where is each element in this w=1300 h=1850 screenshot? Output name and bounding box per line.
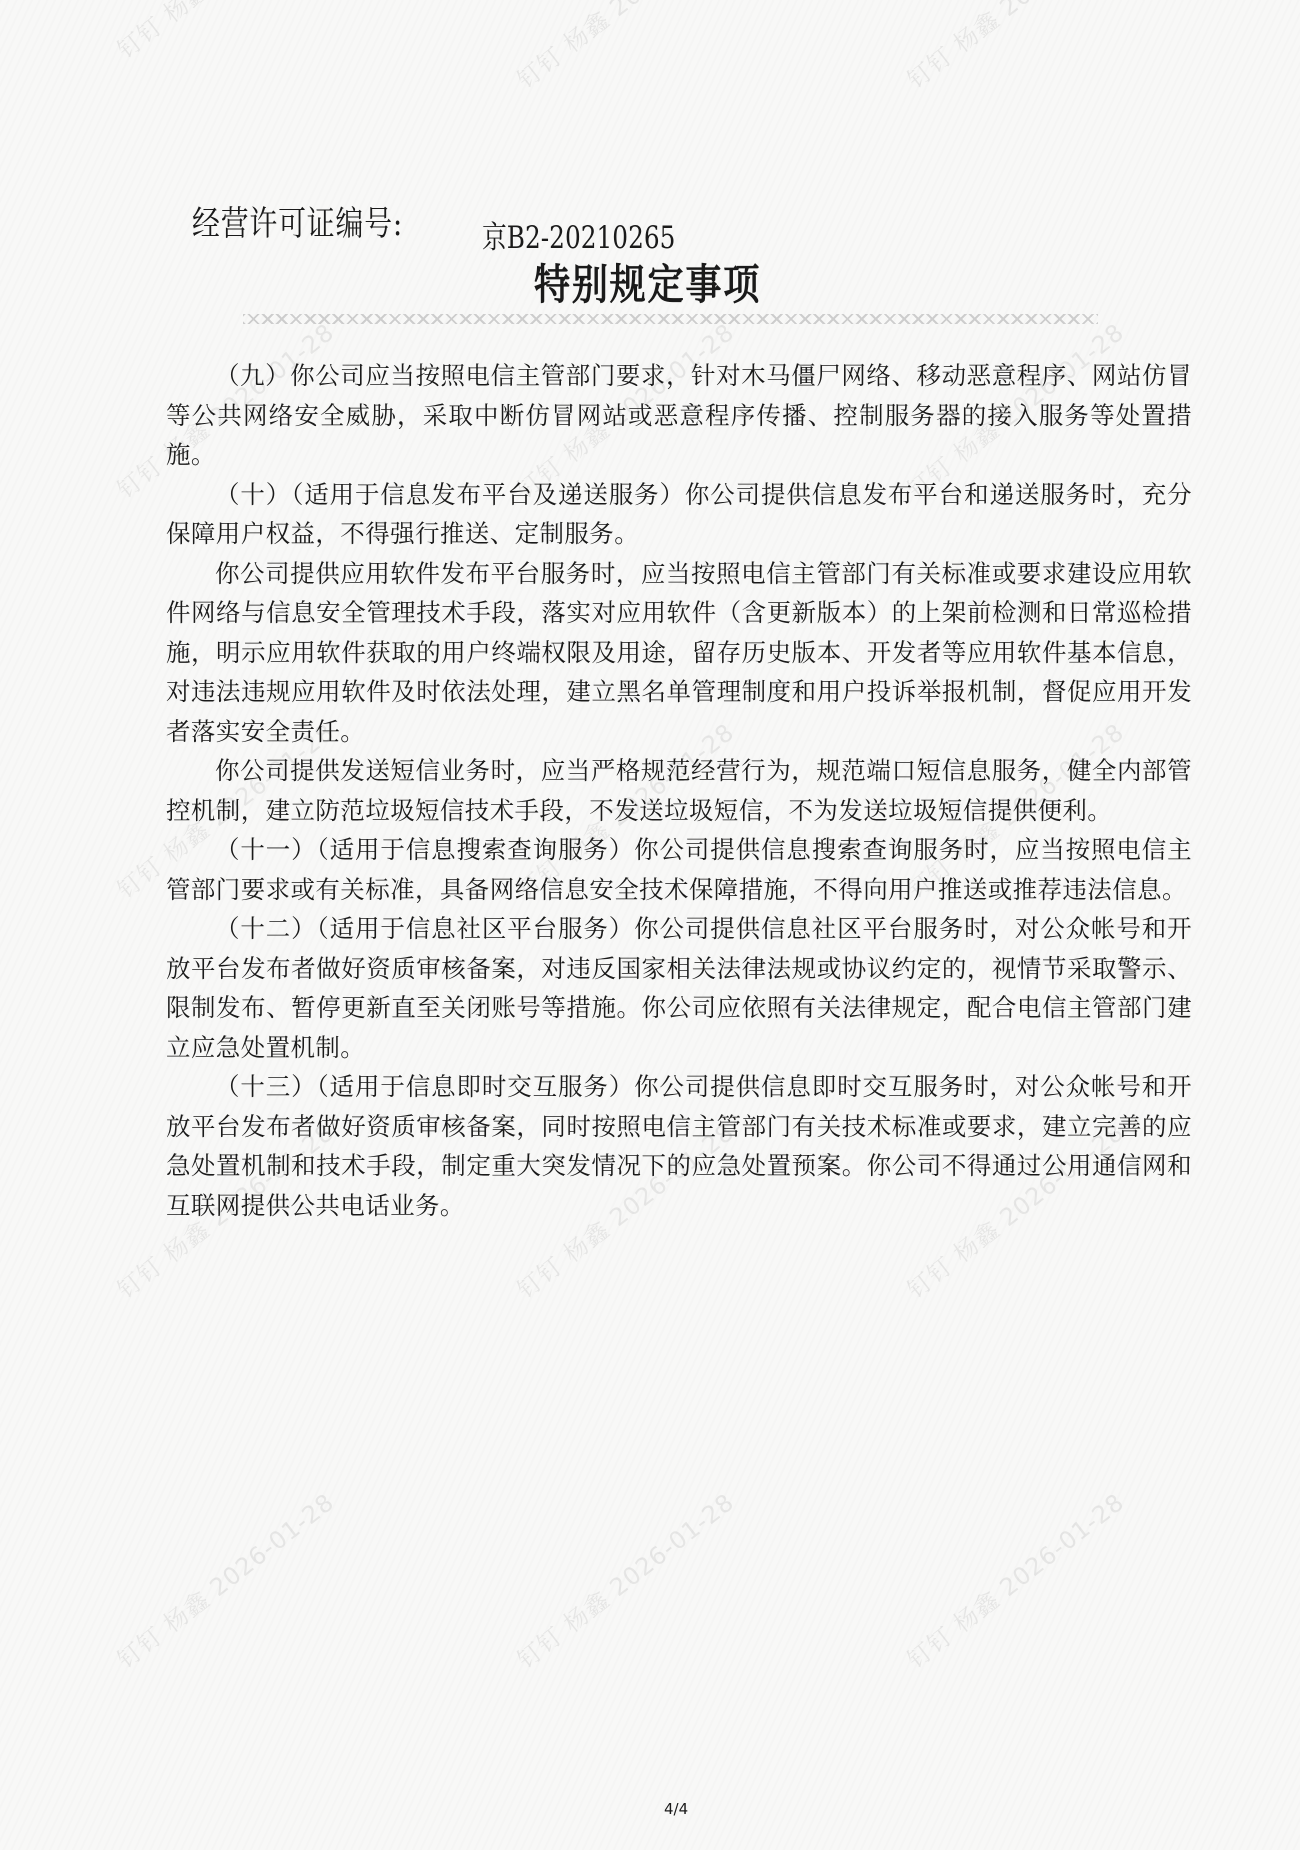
paragraph-item-13: （十三）（适用于信息即时交互服务）你公司提供信息即时交互服务时，对公众帐号和开放… xyxy=(166,1067,1192,1225)
watermark: 钉钉 杨鑫 2026-01-28 xyxy=(898,1483,1130,1675)
paragraph-item-9: （九）你公司应当按照电信主管部门要求，针对木马僵尸网络、移动恶意程序、网站仿冒等… xyxy=(166,356,1192,475)
paragraph-item-12: （十二）（适用于信息社区平台服务）你公司提供信息社区平台服务时，对公众帐号和开放… xyxy=(166,909,1192,1067)
watermark: 钉钉 杨鑫 2026-01-28 xyxy=(508,0,740,95)
watermark: 钉钉 杨鑫 2026-01-28 xyxy=(108,1483,340,1675)
paragraph-sms-service: 你公司提供发送短信业务时，应当严格规范经营行为，规范端口短信息服务，健全内部管控… xyxy=(166,751,1192,830)
document-page: 钉钉 杨鑫 2026-01-28 钉钉 杨鑫 2026-01-28 钉钉 杨鑫 … xyxy=(0,0,1300,1850)
paragraph-app-platform: 你公司提供应用软件发布平台服务时，应当按照电信主管部门有关标准或要求建设应用软件… xyxy=(166,554,1192,752)
watermark: 钉钉 杨鑫 2026-01-28 xyxy=(108,0,340,65)
document-body: （九）你公司应当按照电信主管部门要求，针对木马僵尸网络、移动恶意程序、网站仿冒等… xyxy=(166,356,1192,1225)
paragraph-item-10: （十）（适用于信息发布平台及递送服务）你公司提供信息发布平台和递送服务时，充分保… xyxy=(166,475,1192,554)
decorative-divider xyxy=(243,314,1098,324)
page-number: 4/4 xyxy=(664,1800,688,1818)
license-label: 经营许可证编号: xyxy=(192,196,403,245)
watermark: 钉钉 杨鑫 2026-01-28 xyxy=(508,1483,740,1675)
watermark: 钉钉 杨鑫 2026-01-28 xyxy=(898,0,1130,95)
document-title: 特别规定事项 xyxy=(534,252,761,312)
paragraph-item-11: （十一）（适用于信息搜索查询服务）你公司提供信息搜索查询服务时，应当按照电信主管… xyxy=(166,830,1192,909)
license-number: 京B2-20210265 xyxy=(482,212,675,257)
